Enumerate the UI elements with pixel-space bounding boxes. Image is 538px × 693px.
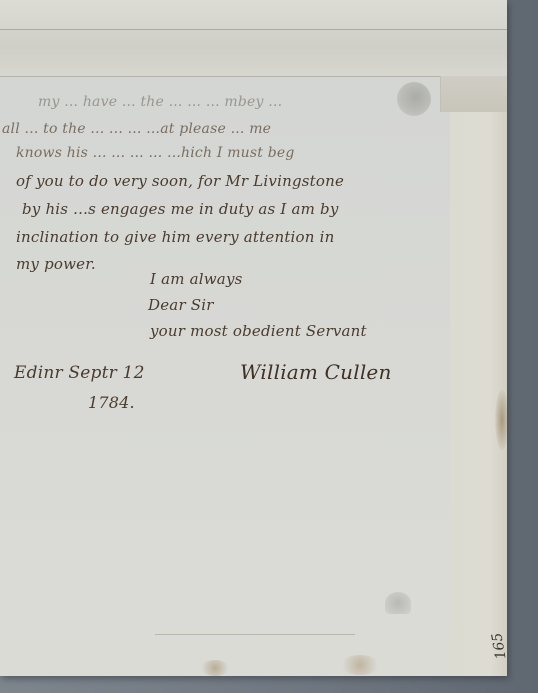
closing-servant: your most obedient Servant [150, 322, 367, 340]
letter-line-4: of you to do very soon, for Mr Livingsto… [16, 172, 344, 190]
letter-sheet: my ... have ... the ... ... ... mbey ...… [0, 0, 507, 676]
crease-line [155, 634, 355, 635]
salutation: Dear Sir [148, 296, 214, 314]
closing-line: I am always [150, 270, 243, 288]
fold-tab [440, 76, 507, 112]
letter-line-2: all ... to the ... ... ... ...at please … [2, 121, 271, 137]
letter-line-6: inclination to give him every attention … [16, 228, 334, 246]
letter-line-3: knows his ... ... ... ... ...hich I must… [16, 145, 295, 161]
right-margin-strip [450, 112, 507, 676]
dateline-place-date: Edinr Septr 12 [14, 363, 145, 383]
letter-line-7: my power. [16, 255, 96, 273]
folded-flap [0, 30, 507, 77]
letter-line-1: my ... have ... the ... ... ... mbey ... [38, 94, 282, 110]
top-fold-strip [0, 0, 507, 30]
letter-line-5: by his ...s engages me in duty as I am b… [22, 200, 339, 218]
signature: William Cullen [240, 360, 392, 384]
dateline-year: 1784. [88, 393, 135, 412]
